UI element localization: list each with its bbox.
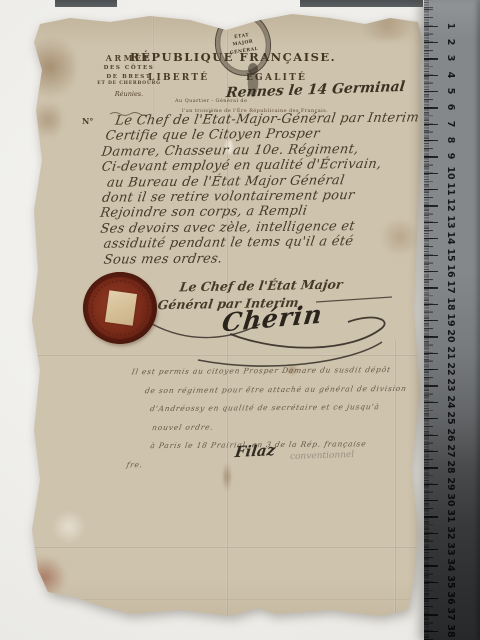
stain	[24, 32, 76, 102]
text-line: Sous mes ordres.	[103, 249, 432, 268]
text-line: Réunies.	[78, 89, 180, 99]
red-wax-seal	[83, 272, 157, 344]
background-edge-strip-left	[55, 0, 117, 7]
fold-crease	[30, 546, 424, 549]
text-line: fre.	[125, 454, 438, 475]
wax-seal-paper-patch	[105, 290, 137, 326]
text-line: d'Andréossy en qualité de secrétaire et …	[148, 398, 437, 419]
liberty-emblem-stamp	[243, 62, 263, 102]
background-edge-strip-right	[300, 0, 423, 7]
stain	[355, 10, 419, 40]
fold-crease	[30, 598, 424, 601]
historical-document: ARMÉEDES CÔTESDE BRESTET DE CHERBOURGRéu…	[30, 10, 424, 622]
paper-abrasion	[52, 510, 86, 544]
fold-crease	[30, 354, 424, 357]
document-paper: ARMÉEDES CÔTESDE BRESTET DE CHERBOURGRéu…	[30, 10, 424, 622]
closing-line-1: Le Chef de l'État Major	[179, 277, 344, 295]
ruler: 1234567891011121314151617181920212223242…	[424, 0, 480, 640]
handwritten-body: Le Chef de l'État-Major-Général par Inte…	[99, 110, 431, 268]
stain	[34, 98, 62, 142]
photo-backdrop: ARMÉEDES CÔTESDE BRESTET DE CHERBOURGRéu…	[0, 0, 480, 640]
number-field-label: N°	[82, 116, 93, 126]
text-line: Il est permis au citoyen Prosper Damare …	[130, 361, 437, 382]
liberte-label: LIBERTÉ	[148, 73, 209, 83]
text-line: DES CÔTES	[78, 64, 180, 73]
handwritten-note: Il est permis au citoyen Prosper Damare …	[126, 361, 437, 475]
stain	[20, 555, 68, 601]
ruler-shadow	[424, 0, 480, 640]
signature-note: Filaz	[234, 441, 276, 461]
